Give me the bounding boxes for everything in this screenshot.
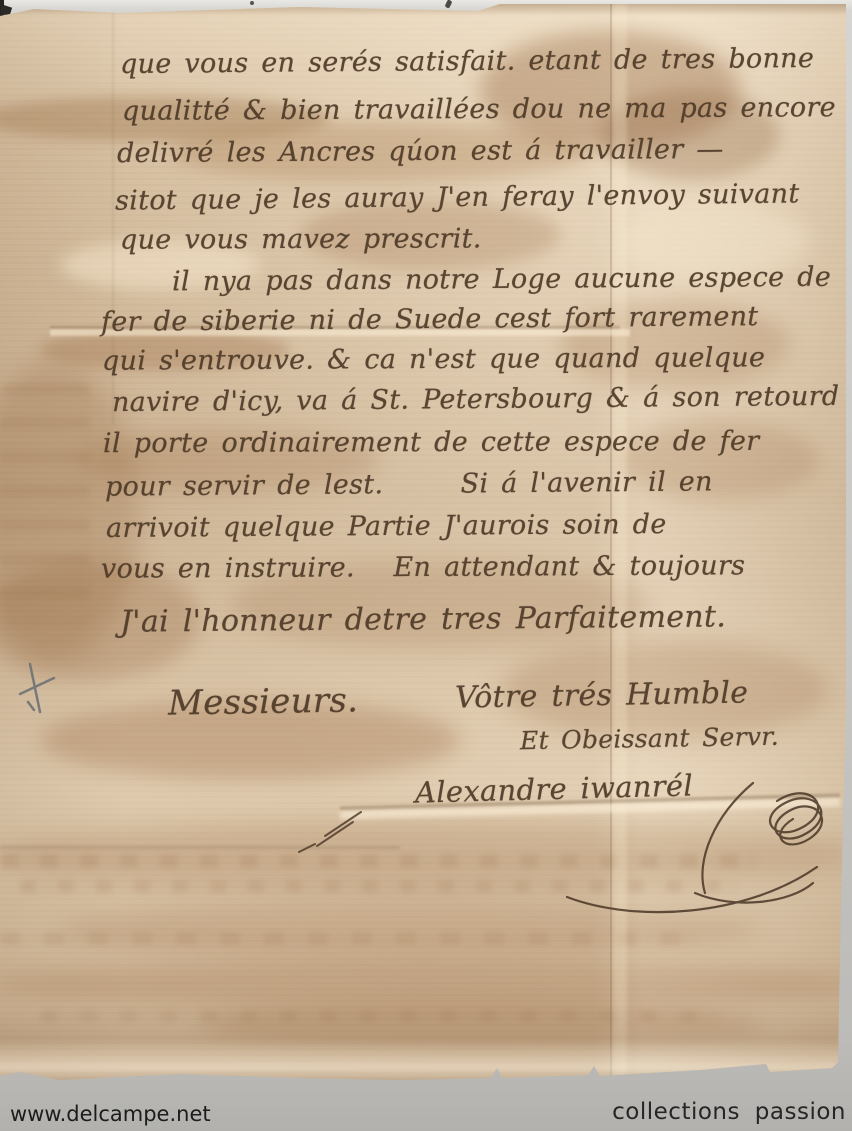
letter-line: il porte ordinairement de cette espece d…: [103, 426, 760, 459]
watermark-collections-passion: collections passion: [612, 1099, 846, 1125]
letter-line: vous en instruire. En attendant & toujou…: [101, 550, 745, 584]
ink-bleed-through: [0, 932, 700, 945]
dust-speck: [250, 1, 254, 5]
ink-bleed-through: [0, 384, 90, 624]
pen-slash-marks: [295, 806, 375, 854]
paper-stain: [0, 960, 852, 1010]
watermark-delcampe: www.delcampe.net: [10, 1102, 211, 1126]
letter-line: pour servir de lest. Si á l'avenir il en: [105, 466, 713, 502]
closing-salutation: Messieurs.: [168, 680, 359, 723]
letter-line: delivré les Ancres qúon est á travailler…: [117, 134, 724, 169]
letter-line: qualitté & bien travaillées dou ne ma pa…: [122, 92, 836, 127]
letter-line: J'ai l'honneur detre tres Parfaitement.: [120, 599, 726, 639]
pencil-mark: [18, 662, 58, 718]
dust-speck: [445, 0, 453, 9]
letter-line: arrivoit quelque Partie J'aurois soin de: [106, 509, 667, 544]
letter-line: qui s'entrouve. & ca n'est que quand que…: [102, 342, 765, 376]
closing-valediction-2: Et Obeissant Servr.: [520, 722, 780, 756]
paper-bottom-curl: [0, 1004, 846, 1092]
letter-line: que vous mavez prescrit.: [120, 223, 482, 255]
letter-line: il nya pas dans notre Loge aucune espece…: [172, 262, 831, 298]
letter-line: que vous en serés satisfait. etant de tr…: [120, 43, 814, 80]
signature-flourish: [545, 775, 845, 925]
letter-line: fer de siberie ni de Suede cest fort rar…: [101, 301, 759, 338]
scanned-letter-photo: que vous en serés satisfait. etant de tr…: [0, 0, 852, 1131]
closing-valediction-1: Vôtre trés Humble: [455, 675, 749, 715]
letter-line: navire d'icy, va á St. Petersbourg & á s…: [112, 381, 840, 418]
paper-top-edge-shadow: [0, 4, 846, 16]
